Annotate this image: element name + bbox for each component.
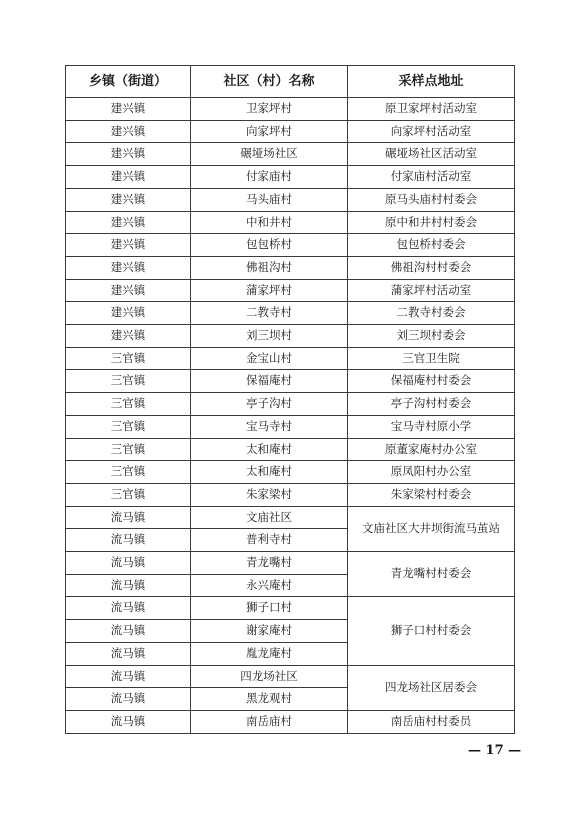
cell-town: 三官镇 bbox=[66, 393, 191, 416]
cell-town: 流马镇 bbox=[66, 665, 191, 688]
cell-village: 谢家庵村 bbox=[191, 620, 348, 643]
table-row: 建兴镇佛祖沟村佛祖沟村村委会 bbox=[66, 256, 515, 279]
table-row: 三官镇保福庵村保福庵村村委会 bbox=[66, 370, 515, 393]
cell-town: 流马镇 bbox=[66, 620, 191, 643]
cell-address: 原董家庵村办公室 bbox=[348, 438, 515, 461]
cell-village: 佛祖沟村 bbox=[191, 256, 348, 279]
cell-village: 包包桥村 bbox=[191, 234, 348, 257]
cell-village: 马头庙村 bbox=[191, 188, 348, 211]
cell-town: 流马镇 bbox=[66, 506, 191, 529]
cell-town: 流马镇 bbox=[66, 710, 191, 733]
table-row: 三官镇朱家梁村朱家梁村村委会 bbox=[66, 483, 515, 506]
cell-address: 四龙场社区居委会 bbox=[348, 665, 515, 710]
cell-town: 流马镇 bbox=[66, 597, 191, 620]
cell-address: 二教寺村委会 bbox=[348, 302, 515, 325]
table-row: 流马镇文庙社区文庙社区大井坝街流马茧站 bbox=[66, 506, 515, 529]
cell-town: 建兴镇 bbox=[66, 211, 191, 234]
cell-village: 普利寺村 bbox=[191, 529, 348, 552]
cell-village: 四龙场社区 bbox=[191, 665, 348, 688]
cell-town: 三官镇 bbox=[66, 483, 191, 506]
cell-village: 金宝山村 bbox=[191, 347, 348, 370]
cell-address: 南岳庙村村委员 bbox=[348, 710, 515, 733]
cell-town: 建兴镇 bbox=[66, 188, 191, 211]
cell-town: 流马镇 bbox=[66, 688, 191, 711]
table-row: 流马镇青龙嘴村青龙嘴村村委会 bbox=[66, 552, 515, 575]
cell-address: 原马头庙村村委会 bbox=[348, 188, 515, 211]
cell-town: 建兴镇 bbox=[66, 120, 191, 143]
cell-village: 碾垭场社区 bbox=[191, 143, 348, 166]
cell-village: 中和井村 bbox=[191, 211, 348, 234]
table-row: 三官镇宝马寺村宝马寺村原小学 bbox=[66, 415, 515, 438]
table-row: 流马镇南岳庙村南岳庙村村委员 bbox=[66, 710, 515, 733]
table-header-row: 乡镇（街道） 社区（村）名称 采样点地址 bbox=[66, 66, 515, 98]
cell-address: 宝马寺村原小学 bbox=[348, 415, 515, 438]
cell-village: 狮子口村 bbox=[191, 597, 348, 620]
table-row: 流马镇四龙场社区四龙场社区居委会 bbox=[66, 665, 515, 688]
cell-address: 佛祖沟村村委会 bbox=[348, 256, 515, 279]
cell-village: 亭子沟村 bbox=[191, 393, 348, 416]
cell-village: 黑龙观村 bbox=[191, 688, 348, 711]
cell-town: 建兴镇 bbox=[66, 98, 191, 121]
cell-address: 向家坪村活动室 bbox=[348, 120, 515, 143]
cell-village: 保福庵村 bbox=[191, 370, 348, 393]
cell-town: 流马镇 bbox=[66, 574, 191, 597]
cell-town: 建兴镇 bbox=[66, 234, 191, 257]
cell-village: 青龙嘴村 bbox=[191, 552, 348, 575]
table-row: 建兴镇包包桥村包包桥村委会 bbox=[66, 234, 515, 257]
cell-village: 文庙社区 bbox=[191, 506, 348, 529]
table-row: 建兴镇中和井村原中和井村村委会 bbox=[66, 211, 515, 234]
cell-address: 朱家梁村村委会 bbox=[348, 483, 515, 506]
cell-address: 蒲家坪村活动室 bbox=[348, 279, 515, 302]
cell-village: 太和庵村 bbox=[191, 461, 348, 484]
cell-address: 文庙社区大井坝街流马茧站 bbox=[348, 506, 515, 551]
cell-address: 狮子口村村委会 bbox=[348, 597, 515, 665]
cell-town: 流马镇 bbox=[66, 552, 191, 575]
cell-town: 流马镇 bbox=[66, 529, 191, 552]
table-row: 三官镇亭子沟村亭子沟村村委会 bbox=[66, 393, 515, 416]
cell-address: 刘三坝村委会 bbox=[348, 325, 515, 348]
table-row: 建兴镇向家坪村向家坪村活动室 bbox=[66, 120, 515, 143]
cell-village: 付家庙村 bbox=[191, 166, 348, 189]
cell-village: 二教寺村 bbox=[191, 302, 348, 325]
table-row: 建兴镇马头庙村原马头庙村村委会 bbox=[66, 188, 515, 211]
cell-address: 三官卫生院 bbox=[348, 347, 515, 370]
cell-town: 建兴镇 bbox=[66, 256, 191, 279]
table-row: 三官镇太和庵村原凤阳村办公室 bbox=[66, 461, 515, 484]
cell-village: 永兴庵村 bbox=[191, 574, 348, 597]
table-row: 三官镇太和庵村原董家庵村办公室 bbox=[66, 438, 515, 461]
cell-address: 亭子沟村村委会 bbox=[348, 393, 515, 416]
table-row: 流马镇狮子口村狮子口村村委会 bbox=[66, 597, 515, 620]
sampling-sites-table: 乡镇（街道） 社区（村）名称 采样点地址 建兴镇卫家坪村原卫家坪村活动室建兴镇向… bbox=[65, 65, 515, 734]
cell-town: 三官镇 bbox=[66, 438, 191, 461]
cell-village: 朱家梁村 bbox=[191, 483, 348, 506]
cell-village: 刘三坝村 bbox=[191, 325, 348, 348]
cell-address: 碾垭场社区活动室 bbox=[348, 143, 515, 166]
table-row: 建兴镇付家庙村付家庙村活动室 bbox=[66, 166, 515, 189]
table-row: 建兴镇碾垭场社区碾垭场社区活动室 bbox=[66, 143, 515, 166]
header-village: 社区（村）名称 bbox=[191, 66, 348, 98]
cell-town: 三官镇 bbox=[66, 370, 191, 393]
cell-village: 向家坪村 bbox=[191, 120, 348, 143]
cell-village: 胤龙庵村 bbox=[191, 642, 348, 665]
table-body: 建兴镇卫家坪村原卫家坪村活动室建兴镇向家坪村向家坪村活动室建兴镇碾垭场社区碾垭场… bbox=[66, 98, 515, 734]
table-row: 三官镇金宝山村三官卫生院 bbox=[66, 347, 515, 370]
cell-village: 蒲家坪村 bbox=[191, 279, 348, 302]
cell-address: 保福庵村村委会 bbox=[348, 370, 515, 393]
table-row: 建兴镇刘三坝村刘三坝村委会 bbox=[66, 325, 515, 348]
cell-village: 太和庵村 bbox=[191, 438, 348, 461]
page-number: — 17 — bbox=[468, 743, 521, 758]
cell-village: 宝马寺村 bbox=[191, 415, 348, 438]
cell-address: 付家庙村活动室 bbox=[348, 166, 515, 189]
cell-town: 建兴镇 bbox=[66, 302, 191, 325]
cell-town: 三官镇 bbox=[66, 461, 191, 484]
cell-town: 建兴镇 bbox=[66, 279, 191, 302]
table-row: 建兴镇二教寺村二教寺村委会 bbox=[66, 302, 515, 325]
cell-town: 流马镇 bbox=[66, 642, 191, 665]
cell-address: 青龙嘴村村委会 bbox=[348, 552, 515, 597]
cell-village: 卫家坪村 bbox=[191, 98, 348, 121]
cell-address: 包包桥村委会 bbox=[348, 234, 515, 257]
cell-village: 南岳庙村 bbox=[191, 710, 348, 733]
cell-town: 建兴镇 bbox=[66, 166, 191, 189]
header-town: 乡镇（街道） bbox=[66, 66, 191, 98]
cell-town: 建兴镇 bbox=[66, 325, 191, 348]
cell-town: 三官镇 bbox=[66, 347, 191, 370]
table-row: 建兴镇蒲家坪村蒲家坪村活动室 bbox=[66, 279, 515, 302]
table-row: 建兴镇卫家坪村原卫家坪村活动室 bbox=[66, 98, 515, 121]
cell-address: 原凤阳村办公室 bbox=[348, 461, 515, 484]
cell-address: 原卫家坪村活动室 bbox=[348, 98, 515, 121]
cell-address: 原中和井村村委会 bbox=[348, 211, 515, 234]
header-address: 采样点地址 bbox=[348, 66, 515, 98]
cell-town: 三官镇 bbox=[66, 415, 191, 438]
cell-town: 建兴镇 bbox=[66, 143, 191, 166]
